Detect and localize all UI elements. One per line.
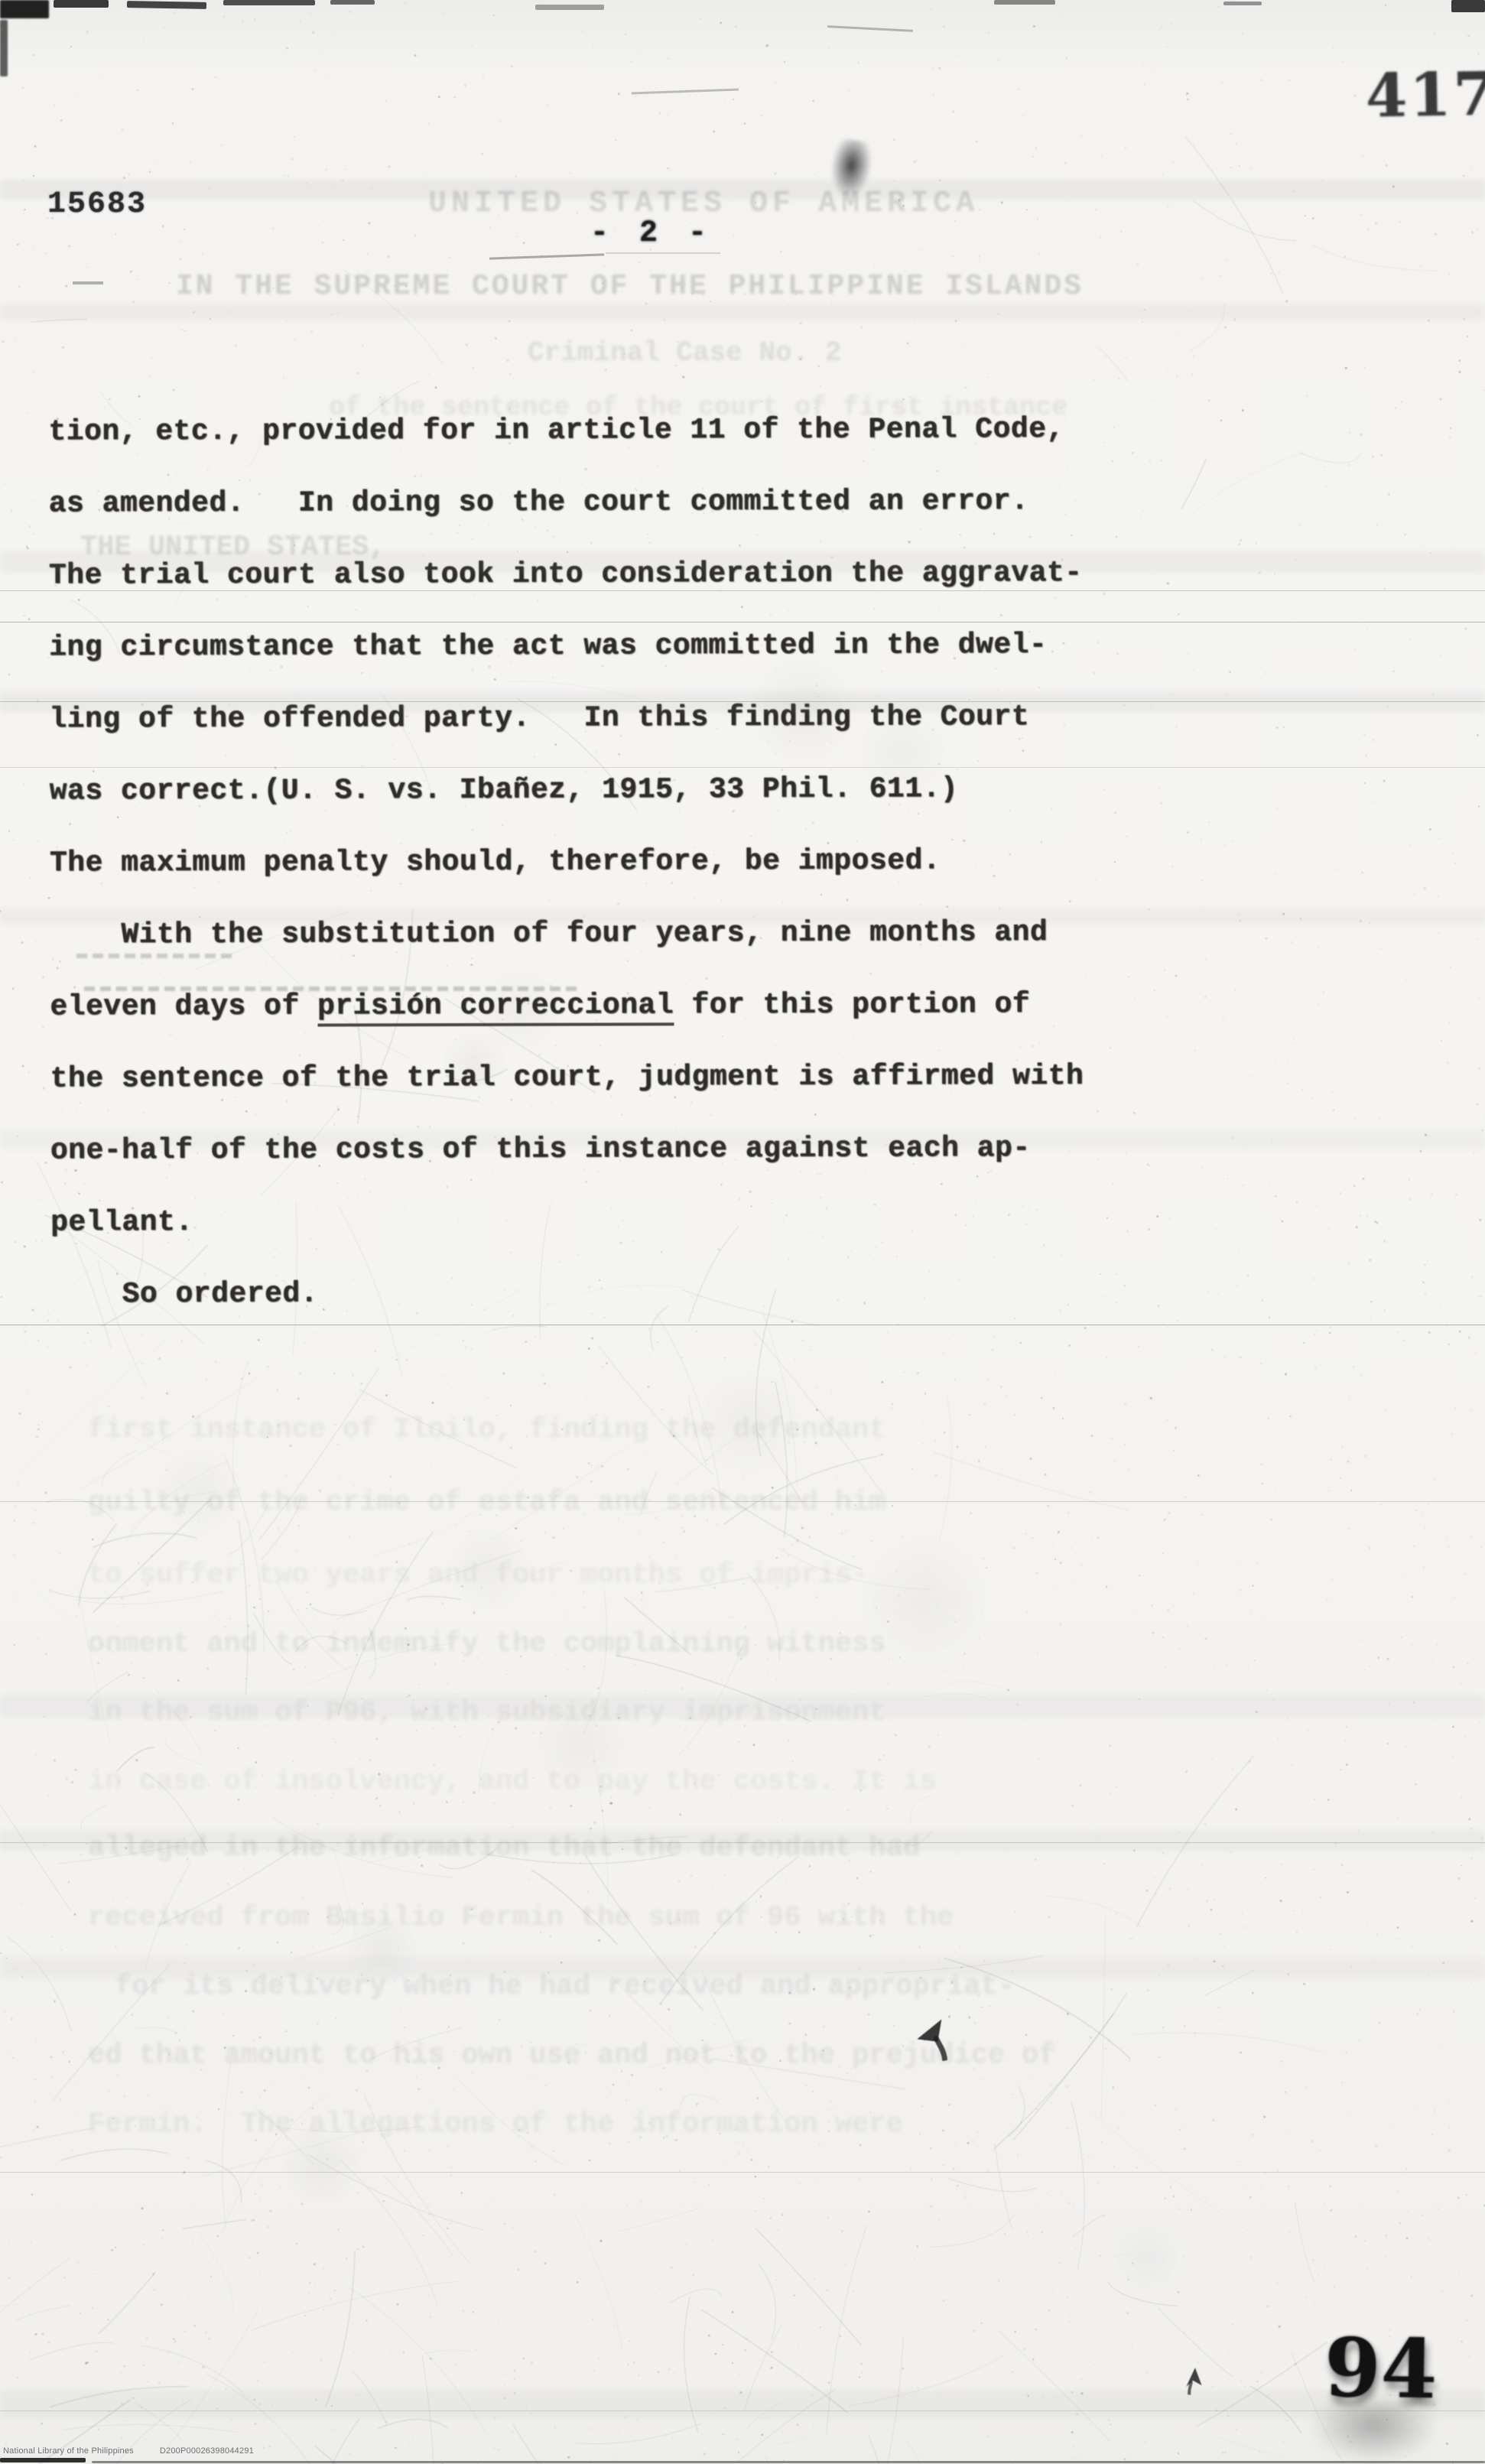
scan-noise-texture — [0, 0, 1485, 2464]
torn-edge-mark — [994, 0, 1055, 5]
scan-band — [0, 909, 1485, 924]
docket-number: 15683 — [47, 190, 147, 220]
ghost-text-line: for its delivery when he had received an… — [115, 1970, 1015, 2004]
torn-edge-mark — [127, 1, 206, 9]
ghost-text-line: guilty of the crime of estafa and senten… — [88, 1486, 886, 1520]
archive-stamp-94: 94 — [1324, 2327, 1438, 2410]
ink-blot — [828, 138, 874, 199]
ghost-party-line: THE UNITED STATES, — [80, 531, 386, 564]
scan-band — [0, 304, 1485, 320]
ghost-text-line: alleged in the information that the defe… — [88, 1832, 920, 1865]
ghost-case-line: Criminal Case No. 2 — [528, 336, 841, 369]
torn-edge-mark — [0, 20, 8, 76]
scan-band — [0, 2391, 1485, 2418]
ink-arrow-mark — [913, 2016, 961, 2066]
ghost-text-line: onment and to indemnify the complaining … — [88, 1627, 886, 1661]
scan-band — [0, 1130, 1485, 1149]
scan-band — [0, 692, 1485, 712]
scan-hairline — [0, 701, 1485, 702]
scan-hairline — [0, 622, 1485, 623]
scan-hairline — [0, 1325, 1485, 1325]
page-number: - 2 - — [590, 219, 713, 249]
pen-stroke-mark — [73, 281, 103, 284]
torn-edge-mark — [1223, 2, 1262, 5]
scan-hairline — [0, 767, 1485, 768]
scan-hairline — [0, 2172, 1485, 2173]
ghost-court-title: IN THE SUPREME COURT OF THE PHILIPPINE I… — [176, 269, 1084, 304]
ink-arrow-mark — [1182, 2367, 1205, 2397]
library-name: National Library of the Philippines — [3, 2446, 134, 2456]
scan-id: D200P00026398044291 — [160, 2446, 254, 2456]
ghost-text-line: Fermin. The allegations of the informati… — [88, 2108, 903, 2141]
ghost-text-line: ed that amount to his own use and not to… — [88, 2039, 1056, 2072]
ghost-text-line: to suffer two years and four months of i… — [88, 1559, 869, 1592]
scanned-document-page: 417 15683 - 2 - 94 National Library of t… — [0, 0, 1485, 2464]
torn-edge-mark — [92, 2461, 1485, 2463]
torn-edge-mark — [54, 0, 109, 8]
pen-stroke-mark — [606, 252, 720, 254]
ghost-text-line: first instance of Iloilo, finding the de… — [88, 1413, 886, 1447]
torn-edge-mark — [223, 0, 315, 5]
ghost-appeal-line: of the sentence of the court of first in… — [329, 392, 1067, 424]
torn-edge-mark — [1451, 0, 1485, 12]
ghost-dash-row — [76, 954, 237, 958]
scan-hairline — [0, 2410, 1485, 2411]
ghost-text-line: in the sum of P96, with subsidiary impri… — [88, 1696, 886, 1730]
torn-edge-mark — [535, 5, 604, 10]
torn-edge-mark — [0, 0, 49, 18]
ghost-text-line: received from Basilio Fermin the sum of … — [88, 1901, 954, 1935]
archive-stamp-417: 417 — [1365, 65, 1485, 127]
torn-edge-mark — [330, 0, 375, 5]
ghost-dash-row — [84, 987, 581, 991]
library-microprint: National Library of the PhilippinesD200P… — [3, 2446, 280, 2456]
ghost-text-line: in case of insolvency, and to pay the co… — [88, 1765, 937, 1799]
torn-edge-mark — [0, 2458, 86, 2462]
scan-hairline — [0, 590, 1485, 591]
